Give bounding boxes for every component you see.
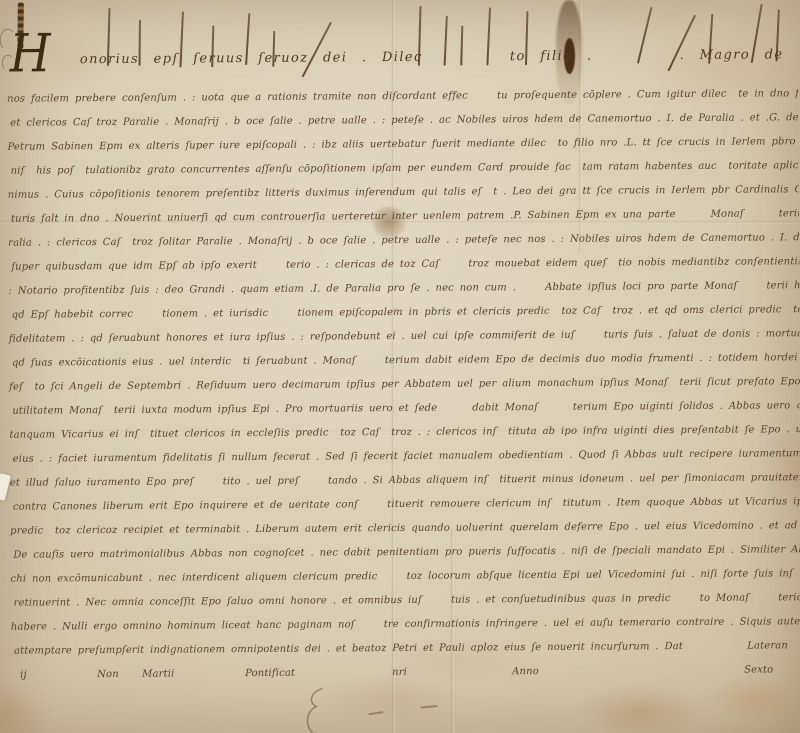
opening-line: onorius epſ ſeruus ſeruoz dei . Dilec to… [80, 41, 798, 74]
manuscript-body: nos facilem prebere conſenſum . : uota q… [0, 82, 800, 688]
pen-dash-mark [368, 711, 383, 715]
pen-squiggle-mark [302, 686, 332, 733]
initial-letter: H [10, 25, 51, 84]
date-segment: Sexto [744, 658, 773, 682]
date-segment: Pontificat [245, 662, 295, 686]
date-segment: Anno [512, 660, 539, 684]
manuscript-ink-layer: H onorius epſ ſeruus ſeruoz dei . Dilec … [0, 0, 800, 733]
parchment-photo: H onorius epſ ſeruus ſeruoz dei . Dilec … [0, 0, 800, 733]
date-line: ij Non Martii Pontificat nri Anno Sexto [2, 658, 800, 688]
closing-place: Lateran [747, 634, 788, 658]
date-segment: Martii [142, 663, 174, 687]
date-segment: ij [20, 664, 27, 688]
pen-dash-mark [420, 705, 437, 709]
date-segment: nri [392, 661, 407, 685]
date-segment: Non [97, 663, 119, 687]
